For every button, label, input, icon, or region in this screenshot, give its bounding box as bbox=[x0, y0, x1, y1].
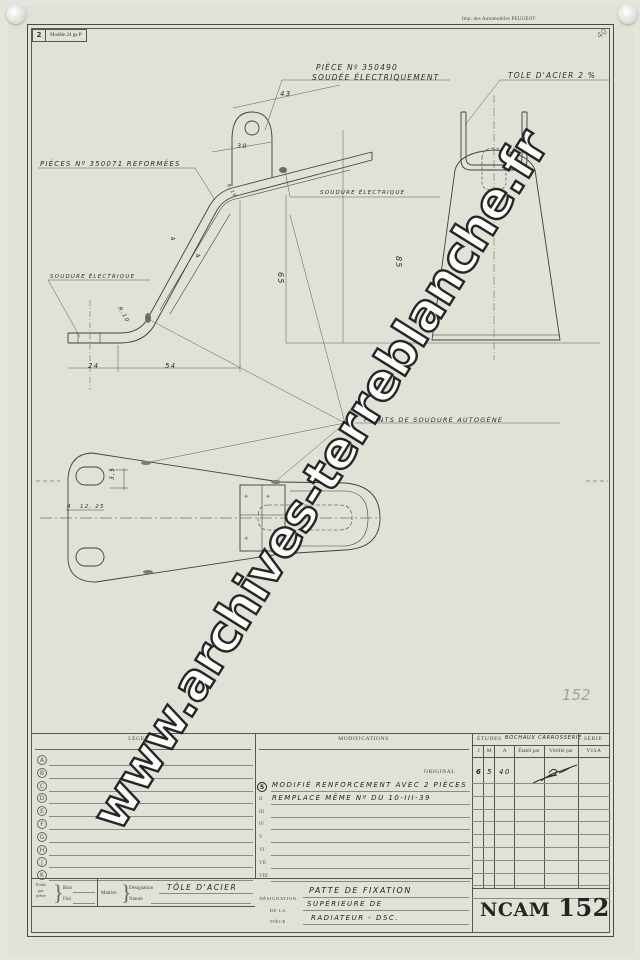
col-a: A bbox=[496, 748, 514, 754]
piece-name-line-3: RADIATEUR - DSC. bbox=[311, 914, 399, 922]
legend-letter: D bbox=[37, 793, 47, 803]
col-m: M bbox=[485, 748, 494, 754]
dim-65: 65 bbox=[276, 272, 285, 285]
designation-label: Désignation bbox=[129, 886, 153, 891]
col-verifie: Vérifié par bbox=[544, 748, 578, 754]
dim-r10: R.10 bbox=[116, 306, 130, 324]
label-soudure-electrique-1: SOUDURE ÉLECTRIQUE bbox=[320, 188, 405, 196]
legend-letter: C bbox=[37, 781, 47, 791]
dim-r10-b: R.10 bbox=[225, 183, 238, 199]
pencil-note-152: 152 bbox=[562, 686, 591, 704]
label-pieces-reformees: PIÈCES Nº 350071 REFORMÉES bbox=[40, 159, 181, 168]
svg-text:✳: ✳ bbox=[266, 494, 270, 500]
date-month: 5 bbox=[487, 768, 493, 776]
dim-s4a: 4 bbox=[168, 236, 177, 244]
legend-letter: A bbox=[37, 755, 47, 765]
modification-text: MODIFIÉ RENFORCEMENT AVEC 2 PIÈCES bbox=[272, 781, 467, 789]
strap-lower-edge bbox=[68, 160, 372, 343]
designation-piece-label-2: DE LA bbox=[257, 908, 299, 913]
designation-piece-label-3: PIÈCE bbox=[257, 919, 299, 924]
dim-4: 4 bbox=[67, 504, 72, 510]
piece-name-line-1: PATTE DE FIXATION bbox=[309, 886, 412, 895]
date-day: 6 bbox=[476, 768, 482, 776]
drawing-number: NCAM152 bbox=[480, 893, 610, 922]
legend-letter: H bbox=[37, 845, 47, 855]
material-designation: TÔLE D'ACIER bbox=[167, 883, 237, 892]
drawing-number-prefix: NCAM bbox=[480, 899, 550, 921]
modification-index: II bbox=[259, 797, 262, 802]
modification-index: VII bbox=[259, 861, 266, 866]
dim-3-5: 3,5 bbox=[109, 467, 116, 480]
nature-label: Nature bbox=[129, 897, 143, 902]
label-soudee: SOUDÉE ÉLECTRIQUEMENT bbox=[312, 73, 440, 82]
piece-name-line-2: SUPÉRIEURE DE bbox=[307, 900, 383, 908]
poids-brut-label: Brut bbox=[63, 886, 72, 891]
etudes-header-hand: BOCHAUX CARROSSERIE bbox=[505, 735, 582, 741]
modification-index: VI bbox=[259, 848, 264, 853]
poids-label: Poids par pièce bbox=[33, 882, 49, 899]
designation-piece-label-1: DÉSIGNATION bbox=[257, 896, 299, 901]
legend-letter: F bbox=[37, 819, 47, 829]
matiere-label: Matière bbox=[101, 891, 117, 896]
modification-index: III bbox=[259, 810, 264, 815]
modification-index: IV bbox=[259, 822, 264, 827]
dim-30: 30 bbox=[237, 142, 248, 150]
modification-index: V bbox=[259, 835, 263, 840]
dim-85: 85 bbox=[394, 256, 403, 269]
original-label: ORIGINAL bbox=[424, 769, 455, 775]
label-soudure-electrique-2: SOUDURE ÉLECTRIQUE bbox=[50, 272, 135, 280]
dim-43: 43 bbox=[280, 90, 291, 98]
drawing-number-value: 152 bbox=[558, 893, 610, 922]
etudes-header: ÉTUDES bbox=[477, 736, 502, 742]
dim-s4b: 4 bbox=[193, 253, 202, 261]
label-tole-acier: TOLE D'ACIER 2 % bbox=[508, 71, 596, 80]
svg-text:✳: ✳ bbox=[244, 494, 248, 500]
col-etabli: Établi par bbox=[514, 748, 544, 754]
legend-letter: J bbox=[37, 857, 47, 867]
modifications-header: MODIFICATIONS bbox=[255, 736, 472, 742]
poids-fini-label: Fini bbox=[63, 897, 71, 902]
dim-24: 24 bbox=[88, 362, 99, 370]
modification-text: REMPLACE MÊME Nº DU 10-III-39 bbox=[272, 794, 431, 802]
dim-12-25: 12, 25 bbox=[80, 504, 105, 510]
legend-letter: E bbox=[37, 806, 47, 816]
serie-header: SÉRIE bbox=[584, 736, 602, 742]
col-j: J bbox=[475, 748, 483, 754]
label-piece-no: PIÈCE Nº 350490 bbox=[316, 63, 398, 72]
legend-letter: B bbox=[37, 768, 47, 778]
legend-letter: G bbox=[37, 832, 47, 842]
strap-upper-edge bbox=[68, 152, 372, 333]
col-visa: VISA bbox=[578, 748, 610, 754]
dim-54: 54 bbox=[165, 362, 176, 370]
date-year: 40 bbox=[499, 768, 511, 776]
modification-index: 5 bbox=[257, 782, 267, 792]
